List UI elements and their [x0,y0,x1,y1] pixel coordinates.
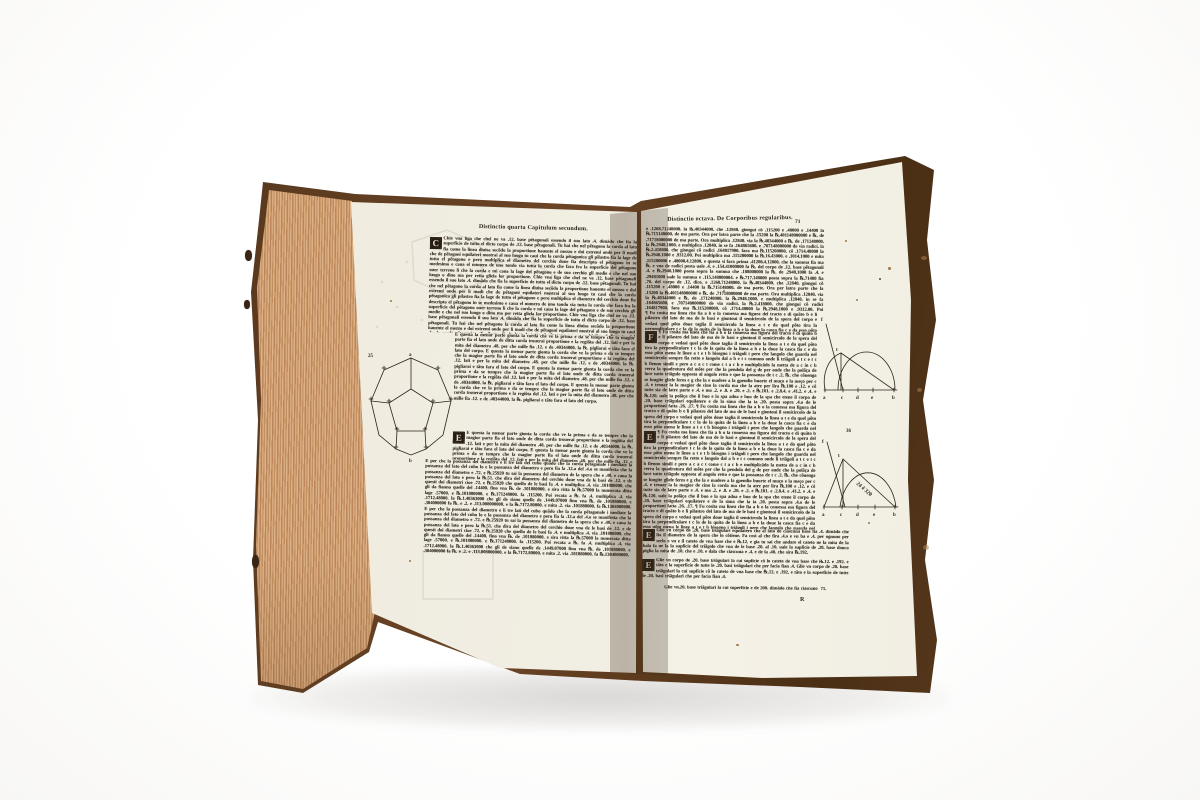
woodcut-initial: E [643,528,655,540]
left-paragraph-wrap: E questa la menor parte gionta la corda … [453,333,635,435]
vertex-label: b [409,459,412,463]
foxing-spot [723,290,725,292]
figure-number: 25 [368,354,374,359]
leather-wear-chip [921,256,927,260]
semicircle-figure-2: f t 24 ẽ 320 a c d e b [818,437,902,519]
right-paragraph-5: EGlie vn corpo de .20. base triãgulari l… [642,558,848,586]
figure-label: d [856,513,859,518]
woodcut-initial: F [645,330,657,342]
figure-label: b [893,513,896,518]
foxing-spot [390,300,392,302]
catchword: R [800,597,804,603]
leather-wear-chip [917,388,922,392]
woodcut-initial: C [430,236,442,248]
foxing-spot [888,267,891,270]
figure-label: t [836,348,838,353]
figure-label: a [823,396,826,400]
right-paragraph-3: E¶ Fu cosita ma linea che fia a b o la c… [643,430,816,530]
figure-label: a [822,513,825,518]
dodecahedron-woodcut-figure: 25 a b [363,351,463,463]
figure-label: e [871,396,874,400]
folio-number: 71 [795,219,801,225]
right-text-column: e .1268.71248000. la ℞.40344000. che .12… [642,227,852,594]
figure-label: b [892,396,895,400]
figure-label: f [822,440,824,445]
figure-label: c [840,513,843,518]
foxing-spot [409,560,411,562]
figure-label: e [873,513,876,518]
foxing-spot [879,278,881,280]
woodcut-initial: E [644,430,656,442]
clasp-remnant [244,300,250,309]
right-paragraph-2b: F¶ Fu cosita ma linea che fia a b o la c… [644,330,817,432]
semicircle-figure-1: f t a c d e b [818,312,902,400]
woodcut-initial: E [642,558,654,570]
right-paragraph-1: e .1268.71248000. la ℞.40344000. che .12… [645,227,824,313]
clasp-remnant [252,555,259,568]
left-paragraph-2: EE questa la menor parte gionta la corda… [452,431,633,464]
foxing-spot [856,299,858,301]
foxing-spot [845,240,847,242]
vertex-label: a [409,353,412,358]
photo-of-open-book: Distinctio quarta Capitulum secundum. CC… [0,0,1200,800]
figure-label: t [838,454,840,459]
clasp-remnant [245,250,252,261]
right-paragraph-4: EGlie vn corpo de .20. base triãgulari e… [643,528,849,560]
foxing-spot [736,644,739,646]
figure-label: c [841,396,844,400]
leather-wear-chip [923,545,929,550]
left-paragraph-3: E per che la possanza del diametro e li … [423,459,633,585]
marginal-reference-number: 36 [846,429,851,434]
figure-chord-label: 24 ẽ 320 [855,481,873,498]
right-paragraph-2a: ¶ Fu cosita ma linea che fia a b o la co… [645,311,817,332]
figure-label: f [821,318,823,323]
figure-label: d [856,396,859,400]
foxing-spot [868,522,870,524]
left-paragraph-1: CChie vna liga che chel ne va .12. base … [428,236,637,336]
